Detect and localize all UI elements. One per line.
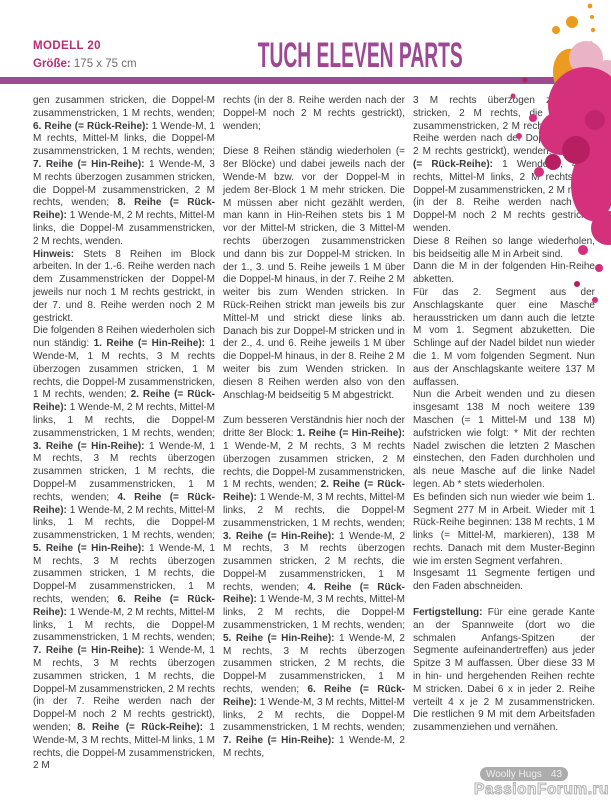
body-text: Nun die Arbeit wenden und zu diesen insg…	[413, 389, 595, 490]
body-text: Es befinden sich nun wieder wie beim 1. …	[413, 492, 595, 567]
row-heading: 1. Reihe (= Hin-Reihe):	[94, 338, 205, 349]
text-column-2: rechts (in der 8. Reihe werden nach der …	[223, 95, 405, 767]
row-heading: 7. Reihe (= Hin-Reihe):	[223, 735, 335, 746]
body-text: Diese 8 Reihen ständig wiederholen (= 8e…	[223, 146, 405, 400]
paragraph: Diese 8 Reihen ständig wiederholen (= 8e…	[223, 146, 405, 402]
row-heading: 7. Reihe (= Hin-Reihe):	[33, 645, 145, 656]
body-text: 1 Wende-M, 1 M rechts, 3 M rechts überzo…	[33, 645, 215, 733]
row-heading: 6. Reihe (= Rück-Reihe):	[33, 121, 149, 132]
row-heading: Hinweis:	[33, 249, 74, 260]
magazine-name: Woolly Hugs	[486, 769, 542, 780]
body-text: Diese 8 Reihen so lange wiederholen, bis…	[413, 236, 595, 260]
row-heading: 5. Reihe (= Hin-Reihe):	[223, 633, 335, 644]
row-heading: 8. Reihe (= Rück-Reihe):	[77, 722, 203, 733]
row-heading: 3. Reihe (= Hin-Reihe):	[33, 441, 145, 452]
paragraph: gen zusammen stricken, die Doppel-M zusa…	[33, 95, 215, 249]
size-line: Größe: 175 x 75 cm	[33, 58, 137, 70]
body-text: Dann die M in der folgenden Hin-Reihe ab…	[413, 261, 595, 285]
paragraph: Fertigstellung: Für eine gerade Kante an…	[413, 607, 595, 735]
paragraph: Dann die M in der folgenden Hin-Reihe ab…	[413, 261, 595, 287]
magazine-page: MODELL 20 Größe: 175 x 75 cm TUCH ELEVEN…	[0, 0, 611, 800]
model-label: MODELL 20	[33, 40, 137, 52]
paragraph: Hinweis: Stets 8 Reihen im Block arbeite…	[33, 249, 215, 326]
paragraph: Diese 8 Reihen so lange wiederholen, bis…	[413, 236, 595, 262]
article-body: gen zusammen stricken, die Doppel-M zusa…	[33, 95, 595, 767]
page-title: TUCH ELEVEN PARTS	[258, 36, 463, 76]
watermark: PassionForum.ru	[474, 781, 609, 799]
body-text: rechts (in der 8. Reihe werden nach der …	[223, 95, 405, 132]
page-footer-badge: Woolly Hugs 43	[480, 767, 568, 781]
paragraph: Nun die Arbeit wenden und zu diesen insg…	[413, 389, 595, 491]
text-column-1: gen zusammen stricken, die Doppel-M zusa…	[33, 95, 215, 767]
paragraph: Es befinden sich nun wieder wie beim 1. …	[413, 492, 595, 569]
text-column-3: 3 M rechts überzogen zusammen stricken, …	[413, 95, 595, 767]
row-heading: 5. Reihe (= Hin-Reihe):	[33, 543, 145, 554]
header-meta: MODELL 20 Größe: 175 x 75 cm	[33, 40, 137, 70]
divider-bar	[0, 77, 611, 84]
paragraph: Zum besseren Verständnis hier noch der d…	[223, 415, 405, 761]
row-heading: 7. Reihe (= Hin-Reihe):	[33, 159, 145, 170]
body-text: 1 Wende-M, 4 M rechts, Mittel-M links, 2…	[413, 159, 595, 234]
row-heading: Fertigstellung:	[413, 607, 482, 618]
paragraph: Die folgenden 8 Reihen wiederholen sich …	[33, 325, 215, 773]
size-value: 175 x 75 cm	[74, 58, 137, 70]
body-text: gen zusammen stricken, die Doppel-M zusa…	[33, 95, 215, 119]
paragraph: Insgesamt 11 Segmente fertigen und den F…	[413, 568, 595, 594]
body-text: Insgesamt 11 Segmente fertigen und den F…	[413, 568, 595, 592]
body-text: Für eine gerade Kante an der Spannweite …	[413, 607, 595, 733]
page-number: 43	[551, 769, 562, 780]
size-label: Größe:	[33, 58, 71, 70]
row-heading: 1. Reihe (= Hin-Reihe):	[297, 428, 405, 439]
row-heading: 3. Reihe (= Hin-Reihe):	[223, 531, 335, 542]
paragraph: rechts (in der 8. Reihe werden nach der …	[223, 95, 405, 133]
body-text: Für das 2. Segment aus der Anschlagskant…	[413, 287, 595, 388]
paragraph: Für das 2. Segment aus der Anschlagskant…	[413, 287, 595, 389]
paragraph: 3 M rechts überzogen zusammen stricken, …	[413, 95, 595, 236]
